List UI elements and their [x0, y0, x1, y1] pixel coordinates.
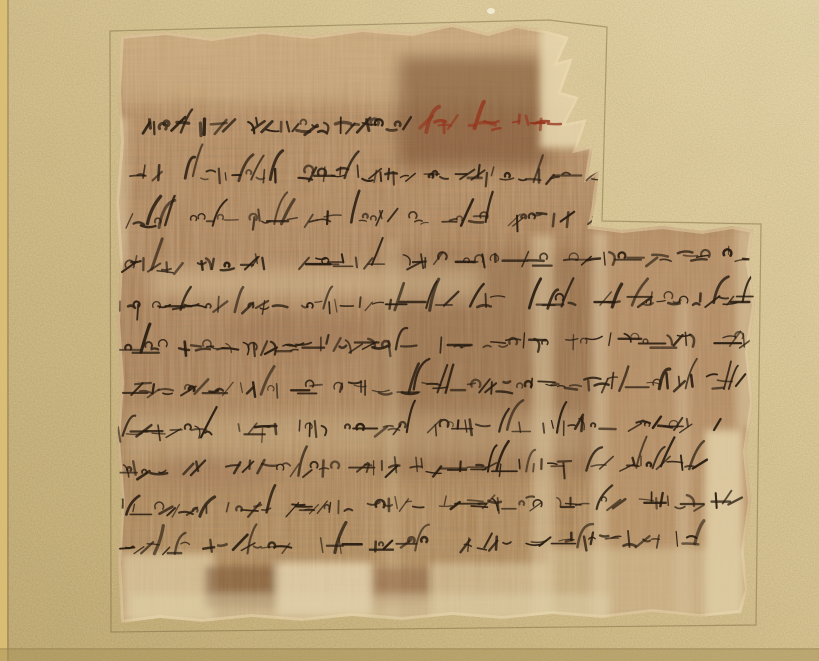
papyrus-photograph	[0, 0, 819, 661]
mat-bottom-edge-line	[0, 648, 819, 650]
mat-left-edge-strip	[0, 0, 7, 661]
mat-speck	[487, 8, 495, 14]
mat-left-edge-line	[7, 0, 9, 661]
mat-bottom-band	[0, 649, 819, 661]
photo-scene	[0, 0, 819, 661]
